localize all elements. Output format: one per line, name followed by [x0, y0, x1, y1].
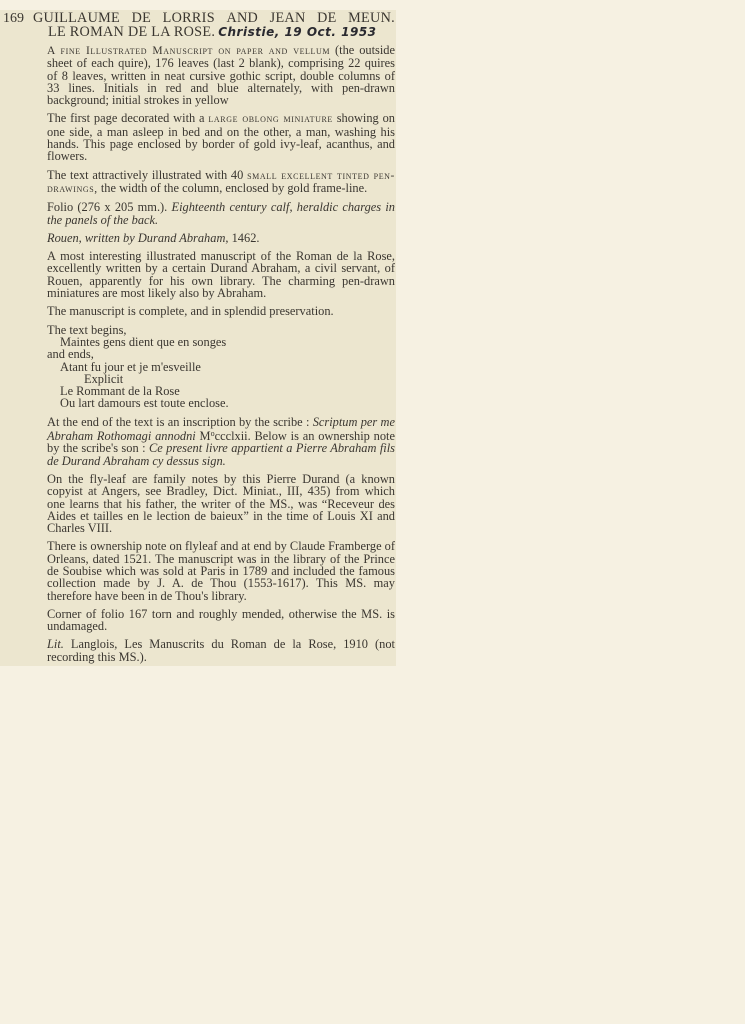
paragraph-literature: Lit. Langlois, Les Manuscrits du Roman d… — [47, 638, 395, 663]
ends-label: and ends, — [47, 348, 395, 360]
explicit-verse: Atant fu jour et je m'esveille — [47, 361, 395, 373]
incipit-explicit: The text begins, Maintes gens dient que … — [47, 324, 395, 410]
explicit-verse: Ou lart damours est toute enclose. — [47, 397, 395, 409]
paragraph-binding: Folio (276 x 205 mm.). Eighteenth centur… — [47, 201, 395, 226]
handwritten-annotation: Christie, 19 Oct. 1953 — [218, 25, 376, 39]
italic-text: Rouen, written by Durand Abraham, — [47, 231, 229, 245]
heading-word: AND — [226, 11, 258, 25]
heading-word: DE — [317, 11, 337, 25]
paragraph-family-notes: On the fly-leaf are family notes by this… — [47, 473, 395, 534]
smallcaps-phrase: large oblong miniature — [208, 113, 332, 125]
heading-word: LORRIS — [163, 11, 215, 25]
lot-number: 169 — [3, 11, 24, 27]
paragraph-provenance: There is ownership note on flyleaf and a… — [47, 540, 395, 601]
text: 1462. — [232, 231, 260, 245]
lot-description: A fine Illustrated Manuscript on paper a… — [47, 44, 395, 669]
paragraph-colophon: At the end of the text is an inscription… — [47, 416, 395, 467]
lot-heading: GUILLAUME DE LORRIS AND JEAN DE MEUN. LE… — [33, 11, 395, 39]
heading-word: DE — [132, 11, 152, 25]
text: The text attractively illustrated with 4… — [47, 168, 243, 182]
heading-line-2: LE ROMAN DE LA ROSE.Christie, 19 Oct. 19… — [33, 25, 395, 39]
text: The first page decorated with a — [47, 111, 205, 125]
heading-word: GUILLAUME — [33, 11, 120, 25]
heading-word: MEUN. — [348, 11, 395, 25]
text: At the end of the text is an inscription… — [47, 415, 309, 429]
heading-word: JEAN — [270, 11, 306, 25]
paragraph-damage: Corner of folio 167 torn and roughly men… — [47, 608, 395, 633]
title-text: LE ROMAN DE LA ROSE. — [48, 24, 215, 40]
smallcaps-phrase: A fine Illustrated Manuscript on paper a… — [47, 45, 330, 57]
paragraph-origin: Rouen, written by Durand Abraham, 1462. — [47, 232, 395, 244]
paragraph-condition: The manuscript is complete, and in splen… — [47, 305, 395, 317]
text: the width of the column, enclosed by gol… — [101, 181, 367, 195]
paragraph-physical: A fine Illustrated Manuscript on paper a… — [47, 44, 395, 106]
text: Langlois, Les Manuscrits du Roman de la … — [47, 637, 395, 663]
paragraph-summary: A most interesting illustrated manuscrip… — [47, 250, 395, 299]
paragraph-illustrations: The text attractively illustrated with 4… — [47, 169, 395, 196]
heading-line-1: GUILLAUME DE LORRIS AND JEAN DE MEUN. — [33, 11, 395, 25]
paragraph-miniature: The first page decorated with a large ob… — [47, 112, 395, 162]
incipit-verse: Maintes gens dient que en songes — [47, 336, 395, 348]
